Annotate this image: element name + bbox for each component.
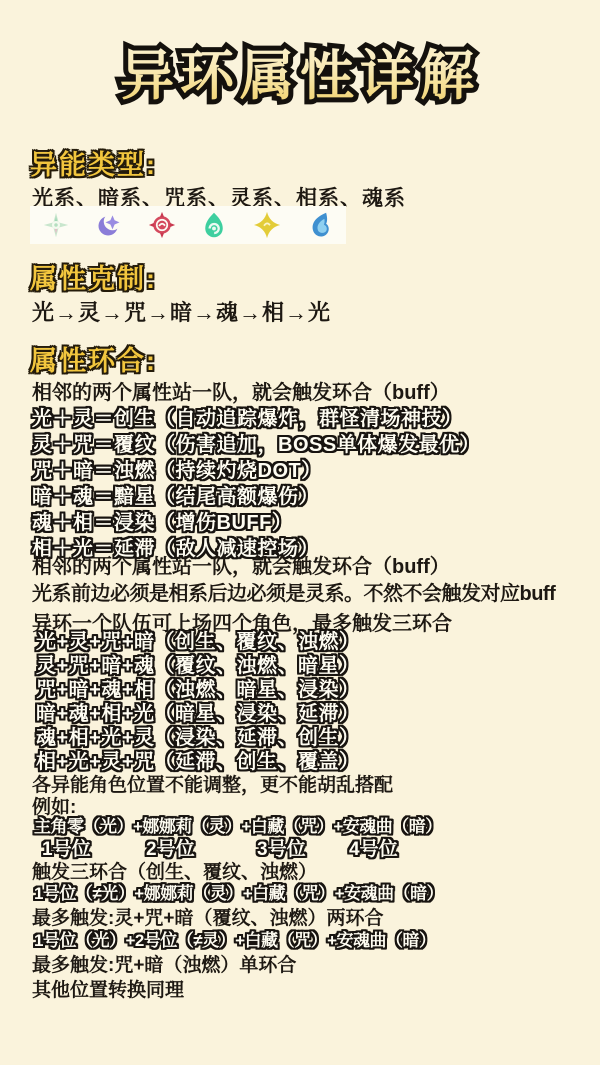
ring-intro: 相邻的两个属性站一队，就会触发环合（buff） (32, 376, 450, 405)
example-result-3: 最多触发:咒+暗（浊燃）单环合 (32, 950, 296, 977)
pair-combo-light-spirit: 光＋灵＝创生（自动追踪爆炸，群怪清场神技） (32, 402, 463, 431)
section-heading-ring: 属性环合: (30, 339, 157, 378)
page-title-text: 异环属性详解 (0, 30, 600, 122)
section-heading-counter: 属性克制: (30, 257, 157, 296)
example-alt-1: 1号位（≠光）+娜娜莉（灵）+白藏（咒）+安魂曲（暗） (34, 879, 443, 904)
pair-combo-spirit-curse: 灵＋咒＝覆纹（伤害追加，BOSS单体爆发最优） (32, 428, 480, 457)
example-alt-2: 1号位（光）+2号位（≠灵）+白藏（咒）+安魂曲（暗） (34, 926, 436, 951)
position-labels-row: 1号位 2号位 3号位 4号位 (0, 834, 600, 858)
counter-chain: 光→灵→咒→暗→魂→相→光 (32, 296, 331, 327)
pair-combo-soul-phase: 魂＋相＝浸染（增伤BUFF） (32, 506, 292, 535)
section-heading-types: 异能类型: (30, 143, 157, 182)
light-element-icon (42, 211, 70, 239)
soul-element-icon (306, 211, 334, 239)
position-label-4: 4号位 (349, 834, 398, 861)
ring-note-order: 光系前边必须是相系后边必须是灵系。不然不会触发对应buff (32, 577, 555, 606)
phase-element-icon (253, 211, 281, 239)
pair-combo-curse-dark: 咒＋暗＝浊燃（持续灼烧DOT） (32, 454, 322, 483)
pair-combo-dark-soul: 暗＋魂＝黯星（结尾高额爆伤） (32, 480, 319, 509)
spirit-element-icon (200, 211, 228, 239)
page-title: 异环属性详解 异环属性详解 (0, 30, 600, 122)
curse-element-icon (148, 211, 176, 239)
position-note: 各异能角色位置不能调整，更不能胡乱搭配 (32, 770, 393, 797)
ring-note-adjacent: 相邻的两个属性站一队，就会触发环合（buff） (32, 550, 450, 579)
dark-element-icon (95, 211, 123, 239)
element-icons-strip (30, 206, 346, 244)
footer-note: 其他位置转换同理 (32, 975, 184, 1002)
